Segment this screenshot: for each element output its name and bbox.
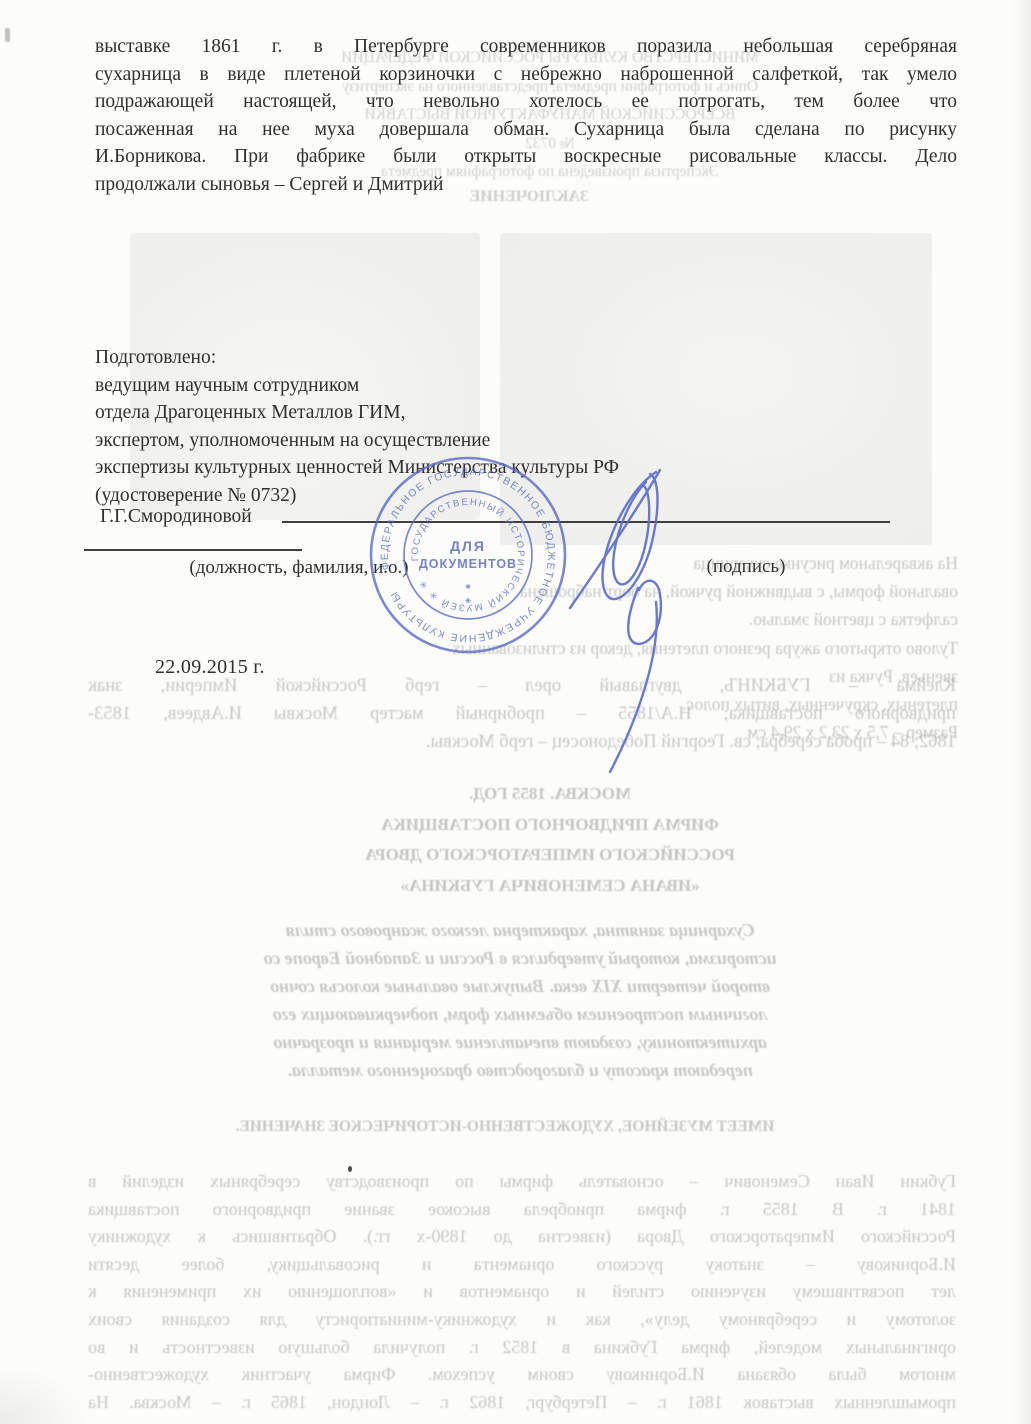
bleedthrough-line: многом была обязана И.Борникову своим ус…	[88, 1361, 956, 1389]
bleedthrough-line: архитектонику, создают впечатление мерца…	[135, 1028, 905, 1056]
stamp-asterisk: ✳	[465, 583, 471, 591]
bleedthrough-marks-block: Клейма – ГУБКИНЪ, двуглавый орел – герб …	[88, 672, 956, 756]
bleedthrough-line: «ИВАНА СЕМЕНОВИЧА ГУБКИНА»	[270, 871, 830, 902]
bleedthrough-line: ФИРМА ПРИДВОРНОГО ПОСТАВЩИКА	[270, 810, 830, 841]
bleedthrough-line: РОССИЙСКОГО ИМПЕРАТОРСКОГО ДВОРА	[270, 840, 830, 871]
paragraph-line: продолжали сыновья – Сергей и Дмитрий	[95, 171, 957, 199]
bleedthrough-line: Сухарница занятна, характерна легкого жа…	[135, 916, 905, 944]
bleedthrough-line: оригинальных моделей, фирма Губкина в 18…	[88, 1334, 956, 1362]
bleedthrough-line: Губкин Иван Семенович – основатель фирмы…	[88, 1168, 956, 1196]
bleedthrough-significance-line: ИМЕЕТ МУЗЕЙНОЕ, ХУДОЖЕСТВЕННО-ИСТОРИЧЕСК…	[210, 1118, 800, 1136]
prepared-line: отдела Драгоценных Металлов ГИМ,	[95, 399, 735, 427]
bleedthrough-line: 1862; 84 – проба серебра; св. Георгий По…	[88, 728, 956, 756]
scan-speck	[5, 28, 10, 42]
scanned-document-page: МИНИСТЕРСТВО КУЛЬТУРЫ РОССИЙСКОЙ ФЕДЕРАЦ…	[0, 0, 1031, 1424]
stamp-center-text-top: ДЛЯ	[450, 538, 486, 554]
bleedthrough-line: второй четверти XIX века. Выпуклые оваль…	[135, 972, 905, 1000]
signature-rule-short	[84, 549, 302, 551]
bleedthrough-line: передают красоту и благородство драгоцен…	[135, 1056, 905, 1084]
paragraph-line: посаженная на нее муха довершала обман. …	[95, 116, 957, 144]
bleedthrough-history-block: Губкин Иван Семенович – основатель фирмы…	[88, 1168, 956, 1416]
prepared-line: Подготовлено:	[95, 344, 735, 372]
bleedthrough-line: Российского Императорского Двора (извест…	[88, 1223, 956, 1251]
prepared-line: ведущим научным сотрудником	[95, 372, 735, 400]
scan-corner-shading	[0, 1364, 90, 1424]
paragraph-line: сухарница в виде плетеной корзиночки с н…	[95, 61, 957, 89]
stamp-asterisk: ✳	[465, 597, 471, 605]
scan-edge-shading	[1013, 0, 1031, 1424]
bleedthrough-line: 1841 г. В 1855 г. фирма приобрела высоко…	[88, 1196, 956, 1224]
bleedthrough-line: логичным построением объемных форм, подч…	[135, 1000, 905, 1028]
paragraph-line: И.Борникова. При фабрике были открыты во…	[95, 143, 957, 171]
bleedthrough-summary-block: Сухарница занятна, характерна легкого жа…	[135, 916, 905, 1084]
handwritten-signature	[540, 430, 720, 790]
bleedthrough-line: придворного поставщика; Н.А/1855 – проби…	[88, 700, 956, 728]
bleedthrough-line: историзма, который утвердился в России и…	[135, 944, 905, 972]
expert-name: Г.Г.Смородиновой	[100, 506, 252, 528]
stamp-center-text-bottom: ДОКУМЕНТОВ	[419, 557, 517, 571]
bleedthrough-line: золотому и серебряному делу», как и худо…	[88, 1306, 956, 1334]
paragraph-line: выставке 1861 г. в Петербурге современни…	[95, 33, 957, 61]
bleedthrough-line: промышленных выставок 1861 г. – Петербур…	[88, 1389, 956, 1417]
bleedthrough-line: Клейма – ГУБКИНЪ, двуглавый орел – герб …	[88, 672, 956, 700]
bleedthrough-moscow-block: МОСКВА. 1855 ГОД. ФИРМА ПРИДВОРНОГО ПОСТ…	[270, 779, 830, 901]
main-paragraph: выставке 1861 г. в Петербурге современни…	[95, 33, 957, 199]
paragraph-line: подражающей настоящей, что невольно хоте…	[95, 88, 957, 116]
bleedthrough-line: И.Борникову – знатоку русского орнамента…	[88, 1251, 956, 1279]
bleedthrough-line: лет посвятившему изучению стилей и орнам…	[88, 1278, 956, 1306]
